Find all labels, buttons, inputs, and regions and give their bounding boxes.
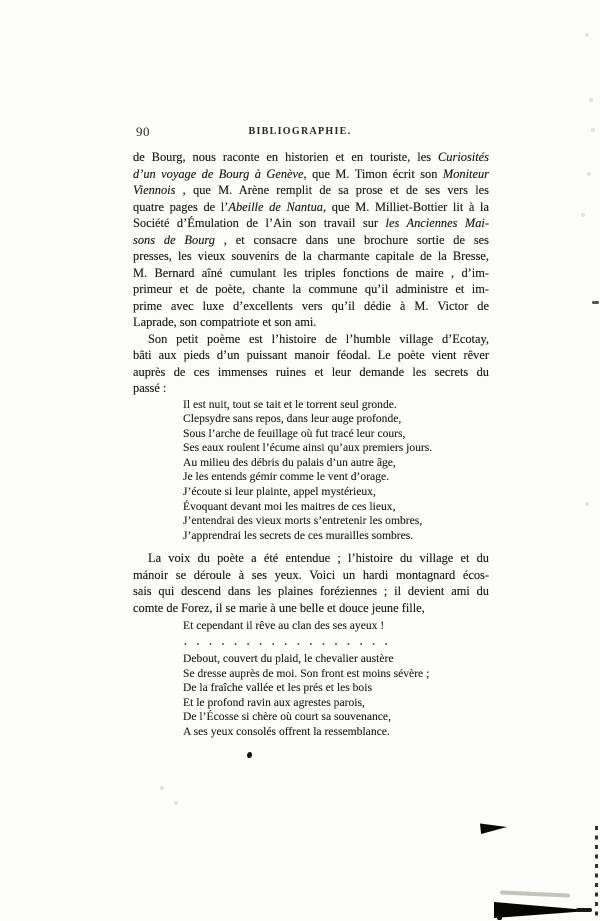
- ink-speck-small: [497, 916, 502, 920]
- paper-speck: [585, 502, 589, 506]
- poem-1-line-7: J’écoute si leur plainte, appel mystérie…: [183, 485, 489, 500]
- paragraph-3-line-4: comte de Forez, il se marie à une belle …: [133, 600, 489, 617]
- book-page: 90 BIBLIOGRAPHIE. de Bourg, nous raconte…: [0, 0, 600, 921]
- paragraph-2-line-3: auprès de ces immenses ruines et leur de…: [133, 364, 489, 381]
- poem-1-line-4: Ses eaux roulent l’écume ainsi qu’aux pr…: [183, 441, 489, 456]
- paragraph-1-line-8: M. Bernard aîné cumulant les triples fon…: [133, 265, 489, 282]
- poem-1-line-10: J’apprendrai les secrets de ces muraille…: [183, 529, 489, 544]
- paragraph-1-line-3: Viennois , que M. Arène remplit de sa pr…: [133, 182, 489, 199]
- dot-line: .................: [133, 636, 489, 648]
- paragraph-3: La voix du poète a été entendue ; l’hist…: [133, 550, 489, 616]
- page-edge-marks: [595, 826, 598, 921]
- poem-2-line-3: De la fraîche vallée et les prés et les …: [183, 681, 489, 696]
- paragraph-3-line-3: sais qui descend dans les plaines forézi…: [133, 583, 489, 600]
- paper-speck: [174, 801, 178, 805]
- paper-speck: [160, 786, 164, 790]
- ink-smudge-triangle: [480, 822, 507, 834]
- poem-2-line-2: Se dresse auprès de moi. Son front est m…: [183, 667, 489, 682]
- poem-2-line-6: A ses yeux consolés offrent la ressembla…: [183, 725, 489, 740]
- poem-2-line-4: Et le profond ravin aux agrestes parois,: [183, 696, 489, 711]
- paragraph-1-line-11: Laprade, son compatriote et son ami.: [133, 314, 489, 331]
- poem-1-line-6: Je les entends gémir comme le vent d’ora…: [183, 470, 489, 485]
- scan-shadow-streak: [500, 890, 570, 897]
- paper-speck: [589, 98, 593, 102]
- paragraph-2-line-1: Son petit poème est l’histoire de l’humb…: [133, 331, 489, 348]
- poem-2-line-1: Debout, couvert du plaid, le chevalier a…: [183, 652, 489, 667]
- running-head: BIBLIOGRAPHIE.: [0, 126, 600, 137]
- poem-1-line-3: Sous l’arche de feuillage où fut tracé l…: [183, 427, 489, 442]
- poem-1-line-2: Clepsydre sans repos, dans leur auge pro…: [183, 412, 489, 427]
- poem-2: Debout, couvert du plaid, le chevalier a…: [183, 652, 489, 740]
- verse-refrain-line-1: Et cependant il rêve au clan des ses aye…: [183, 619, 489, 634]
- edge-speck: [592, 301, 599, 304]
- paragraph-1-line-7: presses, les vieux souvenirs de la charm…: [133, 248, 489, 265]
- paragraph-3-line-1: La voix du poète a été entendue ; l’hist…: [133, 550, 489, 567]
- dot-line-line-1: .................: [184, 636, 489, 648]
- paragraph-2-line-2: bâti aux pieds d’un puissant manoir féod…: [133, 347, 489, 364]
- poem-1-line-8: Évoquant devant moi les maitres de ces l…: [183, 500, 489, 515]
- paragraph-1: de Bourg, nous raconte en historien et e…: [133, 149, 489, 331]
- poem-1-line-9: J’entendrai des vieux morts s’entretenir…: [183, 514, 489, 529]
- paper-speck: [581, 213, 585, 217]
- verse-refrain: Et cependant il rêve au clan des ses aye…: [183, 619, 489, 634]
- paragraph-1-line-9: primeur et de poète, chante la commune q…: [133, 281, 489, 298]
- paragraph-1-line-10: prime avec luxe d’excellents vers qu’il …: [133, 298, 489, 315]
- paragraph-1-line-5: Société d’Émulation de l’Ain son travail…: [133, 215, 489, 232]
- ink-speck: [247, 752, 252, 758]
- poem-1: Il est nuit, tout se tait et le torrent …: [183, 398, 489, 544]
- poem-2-line-5: De l’Écosse si chère où court sa souvena…: [183, 710, 489, 725]
- ink-smudge-wedge: [494, 902, 580, 918]
- paper-speck: [587, 172, 591, 176]
- poem-1-line-5: Au milieu des débris du palais d’un autr…: [183, 456, 489, 471]
- paragraph-2-line-4: passé :: [133, 380, 489, 397]
- paragraph-1-line-4: quatre pages de l’Abeille de Nantua, que…: [133, 199, 489, 216]
- paragraph-1-line-2: d’un voyage de Bourg à Genève, que M. Ti…: [133, 166, 489, 183]
- paragraph-3-line-2: mánoir se déroule à ses yeux. Voici un h…: [133, 567, 489, 584]
- paragraph-1-line-6: sons de Bourg , et consacre dans une bro…: [133, 232, 489, 249]
- poem-1-line-1: Il est nuit, tout se tait et le torrent …: [183, 398, 489, 413]
- paragraph-1-line-1: de Bourg, nous raconte en historien et e…: [133, 149, 489, 166]
- ink-smudge-tail: [576, 908, 592, 912]
- text-column: de Bourg, nous raconte en historien et e…: [133, 149, 489, 740]
- paper-speck: [585, 33, 589, 37]
- paragraph-2: Son petit poème est l’histoire de l’humb…: [133, 331, 489, 397]
